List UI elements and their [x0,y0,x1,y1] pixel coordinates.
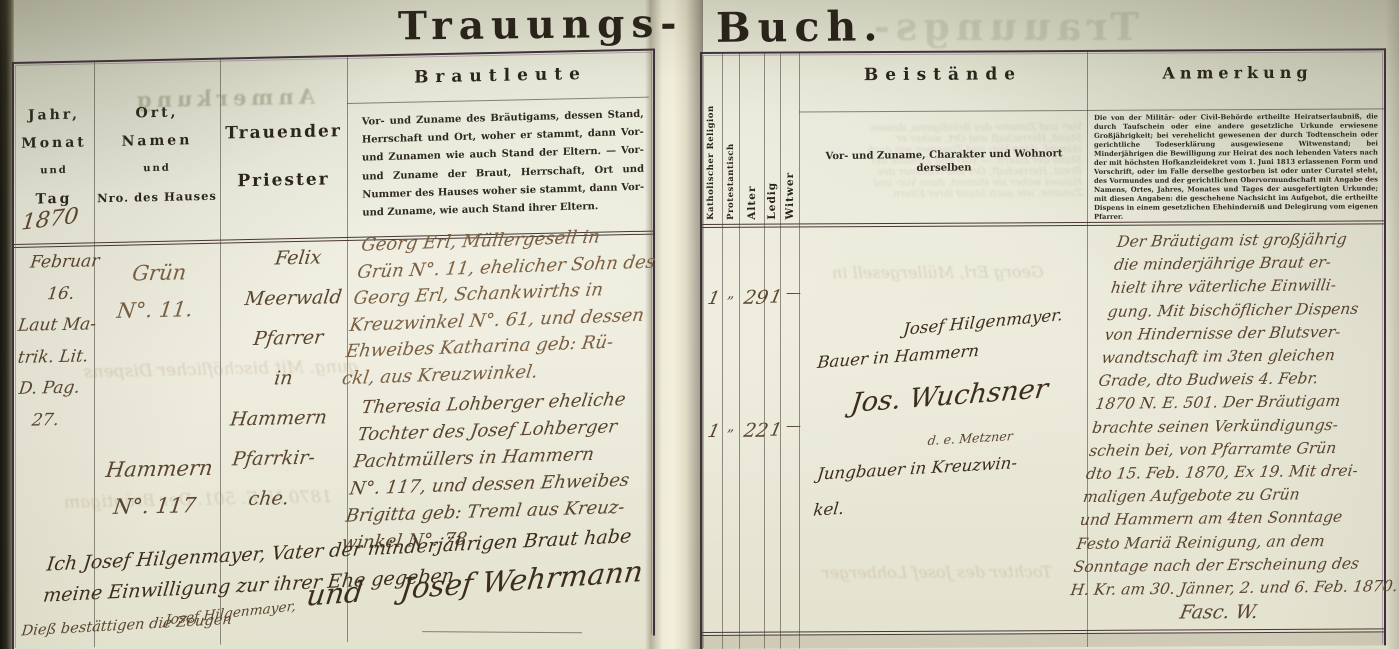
entry-priest: FelixMeerwaldPfarrerinHammernPfarrkir-ch… [203,237,364,520]
header-remark-title: Anmerkung [1087,62,1388,83]
handwritten-line: 27. [2,404,88,437]
groom-age: 29 [742,287,770,309]
header-witnesses-description: Vor- und Zuname, Charakter und Wohnort d… [803,147,1085,176]
bride-protestant-ditto: „ [727,419,734,435]
column-divider [764,54,765,649]
header-place-column: Ort,NamenundNro. des Hauses [94,98,220,213]
bride-age: 22 [742,420,770,442]
header-line: Priester [220,155,347,206]
header-inner-rule [799,108,1384,112]
consent-conjunction: und [305,574,366,612]
header-line: Nro. des Hauses [94,182,220,213]
handwritten-line: Pfarrer [222,317,354,360]
handwritten-line: Hammern [213,397,345,440]
handwritten-line: und Hammern am 4ten Sonntage [1078,506,1371,533]
header-line: Jahr, [14,100,94,130]
witness1-occupation: Bauer in Hammern [816,341,979,372]
header-couple-description: Vor- und Zuname des Bräutigams, dessen S… [362,106,645,223]
column-divider [799,53,800,648]
handwritten-line: N°. 117 [89,487,220,527]
bride-widower: — [786,416,801,434]
groom-widower: — [786,283,801,301]
header-age: Alter [746,185,758,219]
header-single: Ledig [766,182,778,220]
header-line: Trauender [220,107,347,158]
next-row-shading [702,632,1384,649]
handwritten-line: in [218,357,350,400]
handwritten-line: hielt ihre väterliche Einwilli- [1109,274,1399,301]
groom-catholic: 1 [706,288,722,309]
header-priest-column: TrauenderPriester [220,107,347,206]
marriage-register-scan: Trauungs- Buch. Trauungs- Anmerkung gung… [0,0,1399,649]
status-row-groom: 1 „ 29 1 — [702,50,1384,54]
handwritten-line: die minderjährige Braut er- [1112,250,1399,277]
handwritten-line: che. [203,477,335,520]
status-row-bride: 1 „ 22 1 — [702,50,1384,54]
header-couple-title: Brautleute [347,63,654,89]
bleedthrough-title: Trauungs- [868,4,1139,49]
handwritten-line: Grün [94,254,225,294]
entry-place-groom: GrünN°. 11. [89,254,224,331]
bleedthrough-handwriting: Tochter des Josef Lohberger [822,562,1052,582]
book-title-right: Buch. [716,2,885,52]
handwritten-line: N°. 11. [89,291,220,331]
entry-groom: Georg Erl, Müllergesell inGrün N°. 11, e… [340,222,664,392]
groom-single: 1 [768,287,784,308]
handwritten-line: Pfarrkir- [208,437,340,480]
handwritten-line: H. Kr. am 30. Jänner, 2. und 6. Feb. 187… [1069,576,1362,603]
handwritten-line: Hammern [94,450,225,490]
handwritten-line: 16. [18,278,104,311]
header-line: und [94,154,220,185]
book-title-left: Trauungs- [398,1,684,50]
header-religion-protestant: Protestantisch [726,143,736,220]
entry-date: Februar16.Laut Ma-trik. Lit.D. Pag.27. [2,246,107,437]
column-divider [722,54,723,649]
header-line: Namen [94,126,220,157]
column-divider [739,54,740,649]
header-line: und [14,156,94,186]
header-line: Ort, [94,98,220,129]
handwritten-line: Meerwald [227,277,359,320]
bleedthrough-handwriting: Georg Erl, Müllergesell in [832,262,1044,282]
column-divider [780,54,781,649]
header-line: Monat [14,128,94,158]
header-date-column: Jahr,MonatundTag [14,100,94,214]
witness2-note: d. e. Metzner [927,428,1014,448]
row-divider-partial [422,631,582,633]
right-page-table: Vor- und Zuname des Bräutigams, dessen S… [700,48,1386,649]
handwritten-line: dto 15. Feb. 1870, Ex 19. Mit drei- [1085,459,1378,486]
groom-protestant-ditto: „ [727,286,734,302]
header-widower: Witwer [784,172,796,220]
header-remark-legal-text: Die von der Militär- oder Civil-Behörde … [1094,112,1378,221]
witness2-signature: Jos. Wuchsner [849,373,1050,419]
handwritten-line: trik. Lit. [10,341,96,374]
handwritten-line: Der Bräutigam ist großjährig [1116,227,1399,254]
handwritten-line: Laut Ma- [14,309,100,342]
bride-single: 1 [768,420,784,441]
witness2-occupation: Jungbauer in Kreuzwin-kel. [812,445,1019,528]
left-page-table: Anmerkung gung. Mit bischöflicher Dispen… [12,49,655,649]
header-witnesses-title: Beistände [799,64,1087,86]
bride-catholic: 1 [706,421,722,442]
handwritten-line: Felix [232,237,364,280]
handwritten-line: gung. Mit bischöflicher Dispens [1106,297,1399,324]
header-religion-catholic: Katholischer Religion [706,105,716,220]
entry-remark: Der Bräutigam ist großjährigdie minderjä… [1069,227,1399,602]
couple-title-rule [347,97,649,104]
header-bottom-rule [702,220,1384,228]
witness1-name: Josef Hilgenmayer. [903,305,1064,339]
handwritten-line: D. Pag. [6,372,92,405]
handwritten-line: Februar [22,246,108,279]
remark-footer: Fasc. W. [1178,601,1260,623]
